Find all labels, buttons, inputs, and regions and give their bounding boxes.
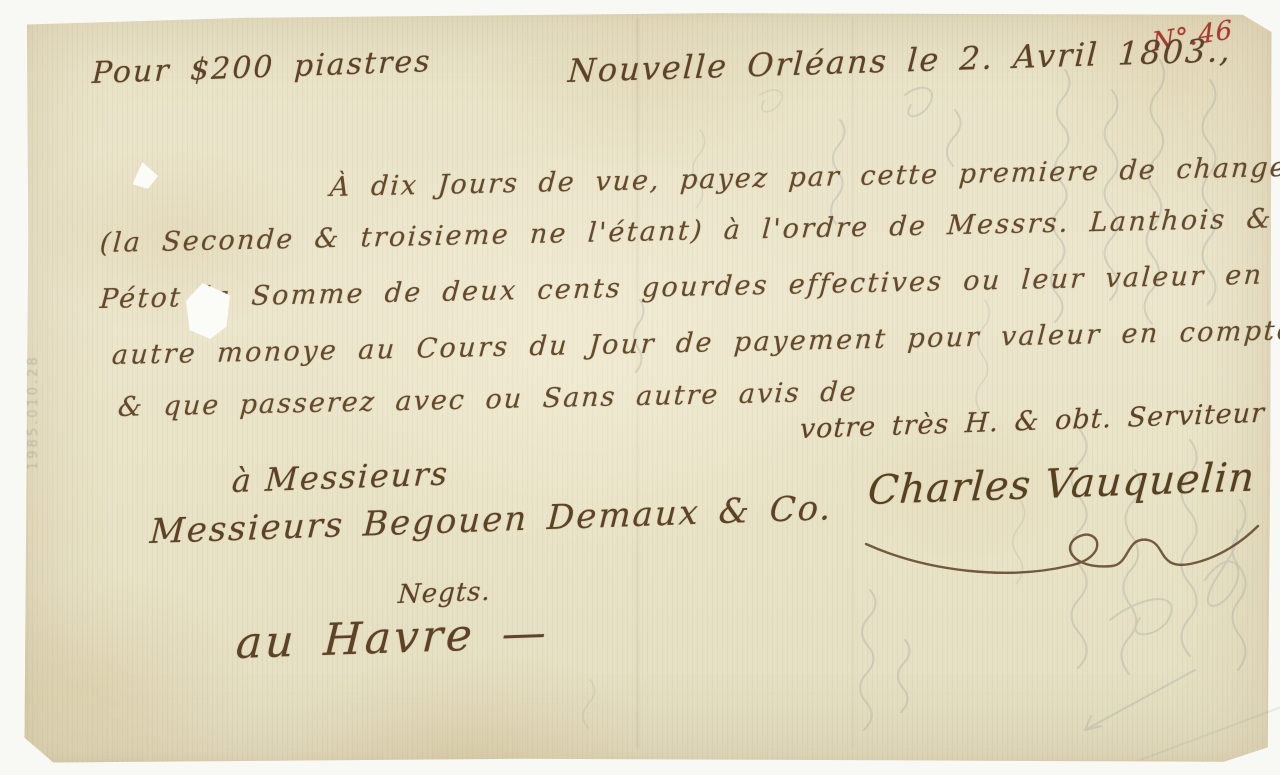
pencil-accession-number: 1985.010.28 <box>26 300 41 470</box>
address-line-1: à Messieurs <box>231 454 450 500</box>
scanned-document-page: N°.46 Pour $200 piastres Nouvelle Orléan… <box>0 0 1280 775</box>
address-line-3: Negts. <box>397 577 491 610</box>
